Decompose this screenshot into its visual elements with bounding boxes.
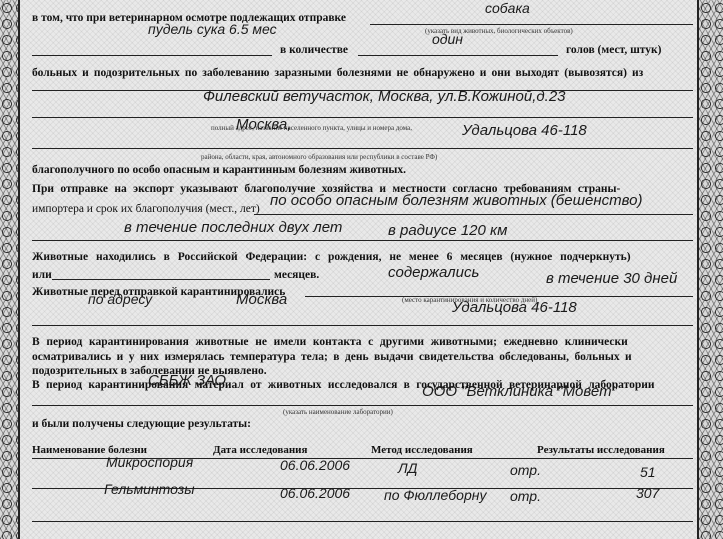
handwritten-days: в течение 30 дней — [546, 270, 677, 287]
cell-disease: Микроспория — [106, 454, 193, 470]
handwritten-period: в течение последних двух лет — [124, 219, 342, 236]
handwritten-kept: содержались — [388, 264, 479, 281]
cell-method: ЛД — [398, 460, 417, 476]
cell-method: по Фюллеборну — [384, 487, 486, 503]
handwritten-breed: пудель сука 6.5 мес — [148, 21, 277, 37]
fill-line — [52, 279, 270, 280]
fill-line — [370, 24, 693, 25]
printed-line-wellbeing: благополучного по особо опасным и карант… — [32, 164, 406, 176]
handwritten-quantity: один — [432, 31, 463, 47]
handwritten-lab-stamp: СББЖ ЗАО — [148, 372, 226, 389]
cell-result: отр. — [510, 462, 541, 478]
cell-disease: Гельминтозы — [104, 481, 195, 497]
cell-result: отр. — [510, 488, 541, 504]
handwritten-quarantine-city: Москва — [236, 291, 287, 308]
fill-line — [32, 55, 272, 56]
cell-date: 06.06.2006 — [280, 457, 350, 473]
printed-results-intro: и были получены следующие результаты: — [32, 418, 251, 430]
fill-line — [32, 325, 693, 326]
printed-in-quantity: в количестве — [280, 44, 348, 56]
printed-line-sick: больных и подозрительных по заболеванию … — [32, 67, 643, 79]
printed-para1-line1: В период карантинирования животные не им… — [32, 336, 628, 348]
decorative-border-left — [0, 0, 20, 539]
printed-line-export-2: импортера и срок их благополучия (мест.,… — [32, 203, 260, 215]
hint-region: района, области, края, автономного образ… — [201, 153, 437, 161]
table-header-results: Результаты исследования — [537, 444, 665, 456]
table-rule — [32, 521, 693, 522]
cell-date: 06.06.2006 — [280, 485, 350, 501]
handwritten-species: собака — [485, 0, 530, 16]
fill-line — [254, 214, 693, 215]
printed-line-rf: Животные находились в Российской Федерац… — [32, 251, 631, 263]
printed-heads: голов (мест, штук) — [566, 44, 662, 56]
table-header-method: Метод исследования — [371, 444, 473, 456]
cell-number: 307 — [636, 485, 659, 501]
handwritten-quarantine-street: Удальцова 46-118 — [452, 299, 577, 316]
handwritten-lab-name: ООО "Ветклиника "Мовет" — [422, 383, 617, 400]
fill-line — [32, 405, 693, 406]
decorative-border-right — [697, 0, 723, 539]
fill-line — [358, 55, 558, 56]
handwritten-export-diseases: по особо опасным болезням животных (беше… — [270, 192, 642, 209]
fill-line — [32, 240, 693, 241]
fill-line — [32, 148, 693, 149]
printed-months: месяцев. — [274, 269, 319, 281]
hint-lab: (указать наименование лаборатории) — [283, 408, 393, 416]
handwritten-street: Удальцова 46-118 — [462, 122, 587, 139]
handwritten-radius: в радиусе 120 км — [388, 222, 507, 239]
fill-line — [32, 117, 693, 118]
printed-or: или — [32, 269, 52, 281]
printed-para1-line2: осматривались и у них измерялась темпера… — [32, 351, 632, 363]
handwritten-org-address: Филевский ветучасток, Москва, ул.В.Кожин… — [203, 88, 566, 105]
handwritten-quarantine-label: по адресу — [88, 291, 152, 307]
cell-number: 51 — [640, 464, 656, 480]
handwritten-city: Москва, — [236, 116, 291, 133]
table-header-date: Дата исследования — [213, 444, 307, 456]
